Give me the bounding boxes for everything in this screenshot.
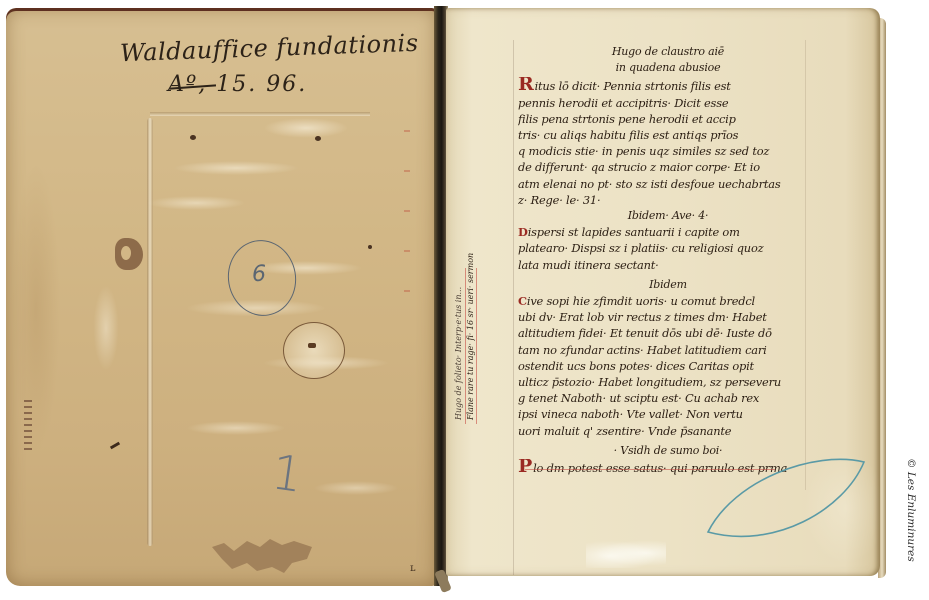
wormhole [315, 136, 321, 141]
text-line: ubi dv· Erat lob vir rectus z times dm· … [518, 309, 818, 325]
rubric-initial: D [518, 225, 528, 239]
stain-blot-inner [121, 246, 131, 260]
text-line: z· Rege· le· 31· [518, 192, 818, 208]
text-line: tam no zfundar actins· Habet latitudiem … [518, 342, 818, 358]
fold-crease-vertical [147, 118, 153, 546]
text-line: tris· cu aliqs habitu filis est antiqs p… [518, 127, 818, 143]
section-heading: Ibidem· Ave· 4· [518, 208, 818, 224]
edge-stains [24, 400, 32, 450]
text-line: ipsi vineca naboth· Vte vallet· Non vert… [518, 406, 818, 422]
text-line: g tenet Naboth· ut sciptu est· Cu achab … [518, 390, 818, 406]
text-line: uori maluit q' zsentire· Vnde p̄sanante [518, 423, 818, 439]
rubric-initial: C [518, 294, 527, 308]
text-line: de differunt· qa strucio z maior corpe· … [518, 159, 818, 175]
bottom-damage [586, 538, 666, 568]
rubric-initial: R [518, 77, 534, 94]
text-line: lata mudi itinera sectant· [518, 257, 818, 273]
red-flecks [404, 130, 410, 330]
wormhole [190, 135, 196, 140]
section-heading: Ibidem [518, 277, 818, 293]
text-line: filis pena strtonis pene herodii et acci… [518, 111, 818, 127]
ruling-line-left [513, 40, 514, 575]
pencil-vesica-shape [704, 450, 868, 546]
text-line: Cive sopi hie zfimdit uoris· u comut bre… [518, 293, 818, 309]
rubric-initial: P [518, 459, 532, 476]
pencil-circle-number: 6 [252, 262, 266, 287]
manuscript-text: Hugo de claustro aiē in quadena abusioe … [518, 44, 818, 476]
circular-stain [283, 322, 345, 379]
text-line: ostendit ucs bons potes· dices Caritas o… [518, 358, 818, 374]
text-line: q modicis stie· in penis uqz similes sz … [518, 143, 818, 159]
heading-line: Hugo de claustro aiē [518, 44, 818, 60]
heading-line: in quadena abusioe [518, 60, 818, 76]
circular-stain-mark [308, 343, 316, 348]
copyright-credit: © Les Enluminures [905, 458, 917, 562]
text-line: atm elenai no pt· sto sz isti desfoue ue… [518, 176, 818, 192]
text-line: Dispersi st lapides santuarii i capite o… [518, 224, 818, 240]
text-line: pennis herodii et accipitris· Dicit esse [518, 95, 818, 111]
corner-mark: ʟ [410, 563, 415, 574]
wormhole [368, 245, 372, 249]
text-line: altitudiem fidei· Et tenuit dōs ubi dē· … [518, 325, 818, 341]
margin-note-line-1: Hugo de folieto· Interp·e·tus in... [454, 287, 464, 420]
text-line: ulticz p̄stozio· Habet longitudiem, sz p… [518, 374, 818, 390]
fold-crease-top [150, 112, 370, 116]
text-line: Ritus lō dicit· Pennia strtonis filis es… [518, 77, 818, 94]
inscription-date: Aº, 15. 96. [168, 72, 307, 97]
text-line: platearo· Dispsi sz i platiis· cu religi… [518, 240, 818, 256]
margin-note-line-2: Flane rare tu rage· fi· 16 sr· ueri· ser… [466, 253, 476, 420]
